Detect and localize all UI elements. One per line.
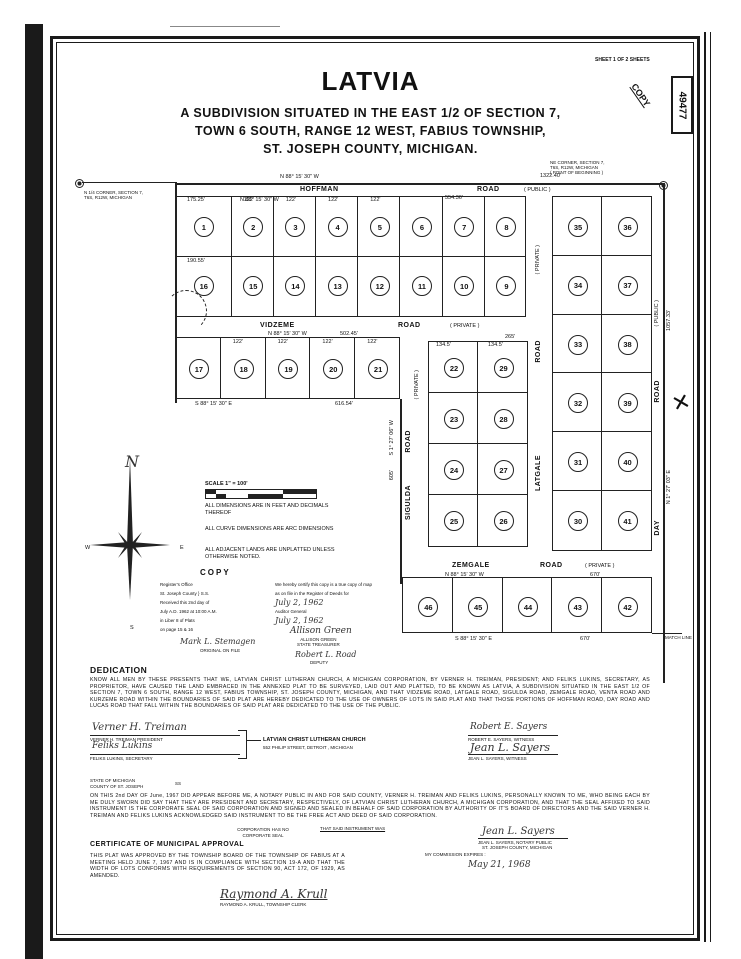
venue-block: STATE OF MICHIGAN COUNTY OF ST. JOSEPH	[90, 778, 143, 790]
lot-row-1: 1175.25' 2122' 3122' 4122' 5122' 6 7 8	[175, 196, 526, 256]
lot-17[interactable]: 17	[176, 338, 221, 398]
lot-19[interactable]: 19122'	[266, 338, 311, 398]
zemgale-road-type: ( PRIVATE )	[585, 563, 614, 570]
lot-number: 7	[454, 217, 474, 237]
subtitle-line-2: TOWN 6 SOUTH, RANGE 12 WEST, FABIUS TOWN…	[0, 124, 741, 138]
deputy-signature: Robert L. Road	[295, 650, 356, 659]
lot-39[interactable]: 39	[602, 373, 651, 432]
lot-number: 28	[494, 409, 514, 429]
dedication-heading: DEDICATION	[90, 665, 147, 675]
lot-width: 122'	[244, 197, 254, 204]
lot-width: 122'	[367, 339, 377, 346]
lot-25[interactable]: 25	[429, 495, 478, 546]
lot-24[interactable]: 24	[429, 444, 478, 495]
subtitle-line-1: A SUBDIVISION SITUATED IN THE EAST 1/2 O…	[0, 106, 741, 120]
lot-number: 45	[468, 597, 488, 617]
lot-number: 46	[418, 597, 438, 617]
vidzeme-road-word: ROAD	[398, 322, 421, 329]
lot-4[interactable]: 4122'	[316, 196, 358, 256]
frame-right-line	[704, 32, 706, 942]
lot-number: 43	[568, 597, 588, 617]
lot-number: 19	[278, 359, 298, 379]
plat-title: LATVIA	[0, 66, 741, 97]
sigulda-road-label: SIGULDA	[405, 485, 412, 520]
lot-26[interactable]: 26	[478, 495, 527, 546]
venue-ss: SS	[175, 781, 181, 786]
lot-34[interactable]: 34	[553, 256, 602, 315]
auditor-name-block: ALLISON GREEN STATE TREASURER	[297, 637, 340, 647]
register-line: July A.D. 1962 at 10:00 A.M.	[160, 607, 217, 616]
register-line: St. Joseph County } S.S.	[160, 589, 217, 598]
lot-number: 6	[412, 217, 432, 237]
lot-number: 17	[189, 359, 209, 379]
latgale-road-label: LATGALE	[535, 455, 542, 491]
nw-corner-note: N 1/4 CORNER, SECTION 7, T6S, R12W, MICH…	[84, 190, 143, 200]
commission-date: May 21, 1968	[468, 860, 531, 870]
president-signature: Verner H. Treiman	[92, 722, 187, 733]
sigulda-west-bearing: S 1° 27' 06" W	[389, 420, 396, 455]
vidzeme-road-type: ( PRIVATE )	[450, 323, 479, 330]
lot-number: 40	[618, 452, 638, 472]
lot-7[interactable]: 7	[443, 196, 485, 256]
lot-number: 1	[194, 217, 214, 237]
lot-number: 8	[496, 217, 516, 237]
match-line-mark	[652, 633, 682, 634]
north-section-line	[175, 183, 663, 185]
hoffman-road-word: ROAD	[477, 186, 500, 193]
compass-west: W	[85, 545, 90, 552]
lot-number: 34	[568, 276, 588, 296]
lot-15[interactable]: 15	[232, 257, 274, 317]
north-arrow-compass-icon	[90, 450, 170, 610]
lot-13[interactable]: 13	[316, 257, 358, 317]
venue-county: COUNTY OF ST. JOSEPH	[90, 784, 143, 790]
register-signature: Mark L. Stemagen	[180, 637, 255, 646]
lot-width: 190.55'	[187, 258, 205, 265]
block-south-distance: 616.54'	[335, 401, 353, 408]
compass-east: E	[180, 545, 184, 552]
lot-number: 41	[618, 511, 638, 531]
block-4: 35 36 34 37 33 38 32 39 31 40 30 41	[552, 196, 652, 551]
lot-44[interactable]: 44	[503, 578, 553, 632]
sigulda-road-type: ( PRIVATE )	[414, 370, 421, 399]
scan-artifact	[170, 26, 280, 27]
lot-33[interactable]: 33	[553, 315, 602, 374]
lot-number: 14	[285, 276, 305, 296]
lot-45[interactable]: 45	[453, 578, 503, 632]
register-line: on page 15 & 16	[160, 625, 217, 634]
lot-10[interactable]: 10	[443, 257, 485, 317]
original-on-file: ORIGINAL ON FILE	[200, 648, 240, 653]
witness-2-label: JEAN L. SAYERS, WITNESS	[468, 754, 558, 761]
lot-1[interactable]: 1175.25'	[175, 196, 232, 256]
block-south-bearing: S 88° 15' 30" E	[195, 401, 232, 408]
lot-27[interactable]: 27	[478, 444, 527, 495]
bracket-connector	[246, 740, 261, 741]
lot-width: 122'	[370, 197, 380, 204]
register-block: Register's Office St. Joseph County } S.…	[160, 580, 217, 634]
north-bearing: N 88° 15' 30" W	[280, 174, 319, 181]
block-3: 22 29 23 28 24 27 25 26	[428, 341, 528, 547]
lot-41[interactable]: 41	[602, 491, 651, 550]
lot-number: 10	[454, 276, 474, 296]
lot-18[interactable]: 18122'	[221, 338, 266, 398]
document-number: 49477	[677, 91, 688, 119]
lot-9[interactable]: 9	[485, 257, 526, 317]
notary-insert-2: THAT SAID INSTRUMENT WAS	[320, 826, 385, 831]
lot-number: 31	[568, 452, 588, 472]
zemgale-road-word: ROAD	[540, 562, 563, 569]
lot-width: 122'	[328, 197, 338, 204]
hoffman-road-label: HOFFMAN	[300, 186, 339, 193]
deputy-title: DEPUTY	[310, 660, 328, 665]
lot-37[interactable]: 37	[602, 256, 651, 315]
lot-8[interactable]: 8	[485, 196, 526, 256]
lot-number: 42	[618, 597, 638, 617]
auditor-block: We hereby certify this copy is a true co…	[275, 580, 372, 625]
notary-county: ST. JOSEPH COUNTY, MICHIGAN	[482, 845, 552, 850]
lot-43[interactable]: 43	[552, 578, 602, 632]
sigulda-west-line	[400, 399, 402, 584]
lot-2[interactable]: 2122'	[232, 196, 274, 256]
east-bearing: N 1° 27' 03" E	[666, 470, 673, 504]
municipal-text: THIS PLAT WAS APPROVED BY THE TOWNSHIP B…	[90, 853, 345, 879]
dedication-text: KNOW ALL MEN BY THESE PRESENTS THAT WE, …	[90, 677, 650, 710]
notary-insert: CORPORATION HAS NO CORPORATE SEAL	[228, 827, 298, 839]
sigulda-lot-width: 134.5'	[436, 342, 451, 349]
bottom-distance: 670'	[580, 636, 590, 643]
curve-arc-icon	[165, 290, 207, 332]
east-boundary-line	[663, 183, 665, 683]
lot-38[interactable]: 38	[602, 315, 651, 374]
legend-note-1: ALL DIMENSIONS ARE IN FEET AND DECIMALS …	[205, 503, 355, 516]
church-address: 552 PHILIP STREET, DETROIT , MICHIGAN	[263, 745, 353, 750]
north-distance: 1322.40'	[540, 173, 561, 180]
lot-number: 35	[568, 217, 588, 237]
auditor-title: STATE TREASURER	[297, 642, 340, 647]
lot-28[interactable]: 28	[478, 393, 527, 444]
auditor-signature: Allison Green	[290, 626, 352, 636]
lot-number: 36	[618, 217, 638, 237]
lot-number: 2	[243, 217, 263, 237]
lot-23[interactable]: 23	[429, 393, 478, 444]
lot-width: 122'	[286, 197, 296, 204]
compass-north: N	[125, 452, 139, 471]
legend-note-3: ALL ADJACENT LANDS ARE UNPLATTED UNLESS …	[205, 547, 355, 560]
frame-right-line-2	[710, 32, 711, 942]
notary-text: ON THIS 2nd DAY OF June, 1967 DID APPEAR…	[90, 793, 650, 819]
lot-12[interactable]: 12	[358, 257, 400, 317]
lot-number: 21	[368, 359, 388, 379]
block-2: 17 18122' 19122' 20122' 21122'	[175, 337, 400, 399]
scale-bar	[205, 489, 317, 499]
nw-monument-icon	[75, 179, 84, 188]
compass-south: S	[130, 625, 134, 632]
nw-corner-line-2: T6S, R12W, MICHIGAN	[84, 195, 143, 200]
sheet-count: SHEET 1 OF 2 SHEETS	[595, 57, 650, 63]
lot-number: 13	[328, 276, 348, 296]
lot-number: 37	[618, 276, 638, 296]
lot-number: 4	[328, 217, 348, 237]
lot-width: 122'	[233, 339, 243, 346]
signature-bracket	[238, 730, 247, 759]
witness-2-signature: Jean L. Sayers	[470, 741, 550, 754]
lot-number: 20	[323, 359, 343, 379]
lot-40[interactable]: 40	[602, 432, 651, 491]
sigulda-west-distance: 605'	[389, 470, 396, 480]
sigulda-total-width: 265'	[505, 334, 515, 341]
auditor-line: July 2, 1962	[275, 598, 372, 607]
lot-number: 11	[412, 276, 432, 296]
lot-number: 15	[243, 276, 263, 296]
scale-label: SCALE 1" = 100'	[205, 481, 248, 488]
latgale-road-word: ROAD	[535, 340, 542, 363]
secretary-signature: Feliks Lukins	[92, 741, 152, 751]
zemgale-road-label: ZEMGALE	[452, 562, 490, 569]
witness-1-signature: Robert E. Sayers	[470, 722, 547, 732]
lot-number: 33	[568, 335, 588, 355]
auditor-line: Auditor General	[275, 607, 372, 616]
lot-number: 29	[494, 358, 514, 378]
scan-edge-bar	[25, 24, 43, 959]
secretary-label: FELIKS LUKINS, SECRETARY	[90, 754, 240, 761]
lot-36[interactable]: 36	[602, 197, 651, 256]
sigulda-lot-width-2: 134.5'	[488, 342, 503, 349]
lot-number: 26	[494, 511, 514, 531]
lot-32[interactable]: 32	[553, 373, 602, 432]
lot-20[interactable]: 20122'	[310, 338, 355, 398]
lot-number: 44	[518, 597, 538, 617]
lot-22[interactable]: 22	[429, 342, 478, 393]
clerk-signature: Raymond A. Krull	[220, 887, 327, 901]
lot-number: 39	[618, 393, 638, 413]
lot-width: 175.25'	[187, 197, 205, 204]
hoffman-road-type: ( PUBLIC )	[524, 187, 551, 194]
commission-expires: MY COMMISSION EXPIRES :	[425, 852, 486, 857]
lot-number: 24	[444, 460, 464, 480]
lot-number: 23	[444, 409, 464, 429]
subtitle-line-3: ST. JOSEPH COUNTY, MICHIGAN.	[0, 142, 741, 156]
bottom-bearing: S 88° 15' 30" E	[455, 636, 492, 643]
day-road-type: ( PUBLIC )	[654, 300, 661, 327]
auditor-line: We hereby certify this copy is a true co…	[275, 580, 372, 589]
lot-3[interactable]: 3122'	[274, 196, 316, 256]
lot-5[interactable]: 5122'	[358, 196, 400, 256]
notary-signature: Jean L. Sayers	[482, 826, 555, 837]
register-line: Register's Office	[160, 580, 217, 589]
latgale-road-type: ( PRIVATE )	[535, 245, 542, 274]
lot-width: 122'	[278, 339, 288, 346]
lot-number: 32	[568, 393, 588, 413]
east-distance: 1057.33'	[666, 310, 673, 331]
lot-46[interactable]: 46	[403, 578, 453, 632]
lot-21[interactable]: 21122'	[355, 338, 399, 398]
lot-number: 27	[494, 460, 514, 480]
register-line: Received this 2nd day of	[160, 598, 217, 607]
auditor-line: as on file in the Register of Deeds for	[275, 589, 372, 598]
lot-number: 25	[444, 511, 464, 531]
lot-number: 12	[370, 276, 390, 296]
lot-number: 5	[370, 217, 390, 237]
lot-42[interactable]: 42	[602, 578, 651, 632]
lot-row-2: 16190.55' 15 14 13 12 11 10 9	[175, 257, 526, 317]
vidzeme-road-label: VIDZEME	[260, 322, 295, 329]
lot-14[interactable]: 14	[274, 257, 316, 317]
lot-number: 18	[234, 359, 254, 379]
lot-number: 30	[568, 511, 588, 531]
lot-number: 3	[285, 217, 305, 237]
day-road-word: ROAD	[654, 380, 661, 403]
lot-number: 22	[444, 358, 464, 378]
lot-30[interactable]: 30	[553, 491, 602, 550]
recording-copy-label: COPY	[200, 568, 231, 577]
tie-line	[82, 182, 177, 183]
block-5: 46 45 44 43 42	[402, 577, 652, 633]
lot-29[interactable]: 29	[478, 342, 527, 393]
match-line-label: MATCH LINE	[665, 635, 692, 640]
lot-number: 9	[496, 276, 516, 296]
lot-11[interactable]: 11	[400, 257, 442, 317]
lot-number: 38	[618, 335, 638, 355]
day-road-label: DAY	[654, 520, 661, 536]
auditor-line: July 2, 1962	[275, 616, 372, 625]
clerk-label: RAYMOND A. KRULL, TOWNSHIP CLERK	[220, 902, 306, 907]
lot-31[interactable]: 31	[553, 432, 602, 491]
municipal-heading: CERTIFICATE OF MUNICIPAL APPROVAL	[90, 841, 244, 848]
church-name: LATVIAN CHRIST LUTHERAN CHURCH	[263, 737, 366, 744]
legend-note-2: ALL CURVE DIMENSIONS ARE ARC DIMENSIONS	[205, 526, 375, 533]
lot-35[interactable]: 35	[553, 197, 602, 256]
lot-width: 122'	[322, 339, 332, 346]
notary-label: JEAN L. SAYERS, NOTARY PUBLIC	[478, 838, 568, 845]
sigulda-road-word: ROAD	[405, 430, 412, 453]
document-number-box: 49477	[671, 76, 693, 134]
register-line: in Liber 8 of Plats	[160, 616, 217, 625]
lot-6[interactable]: 6	[400, 196, 442, 256]
